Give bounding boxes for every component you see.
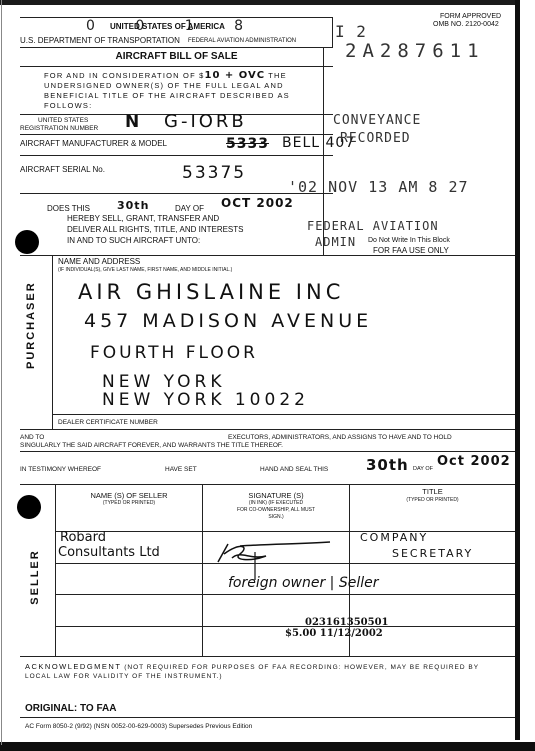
consideration-prefix: FOR AND IN CONSIDERATION OF $ xyxy=(44,71,205,80)
stamp-recorded: RECORDED xyxy=(340,131,411,146)
faa-note-2: FOR FAA USE ONLY xyxy=(373,246,449,255)
seller-row-1-rule xyxy=(55,563,515,564)
does-this-label: DOES THIS xyxy=(47,204,90,213)
form-info: AC Form 8050-2 (9/92) (NSN 0052-00-629-0… xyxy=(25,723,252,730)
seller-row-3-rule xyxy=(55,626,515,627)
sell-line-3: IN AND TO SUCH AIRCRAFT UNTO: xyxy=(67,236,200,245)
seller-name-line-2: Consultants Ltd xyxy=(58,545,160,560)
acknowledgment-block: ACKNOWLEDGMENT (NOT REQUIRED FOR PURPOSE… xyxy=(25,662,505,681)
purchaser-line-2: 457 MADISON AVENUE xyxy=(84,310,372,332)
col-signature-header: SIGNATURE (S) xyxy=(203,491,349,500)
doc-number-top: I 2 xyxy=(335,22,367,41)
faa-note-1: Do Not Write In This Block xyxy=(368,237,450,244)
original-to-faa: ORIGINAL: TO FAA xyxy=(25,703,116,714)
title-rule-top xyxy=(20,47,333,48)
consideration-amount: 10 + OVC xyxy=(205,70,266,81)
name-address-label: NAME AND ADDRESS xyxy=(58,257,140,266)
country-title: UNITED STATES OF AMERICA xyxy=(110,22,225,31)
testimony-month-year: Oct 2002 xyxy=(437,454,511,469)
document-title: AIRCRAFT BILL OF SALE xyxy=(20,51,333,62)
sale-month-year: OCT 2002 xyxy=(221,196,294,210)
have-set-label: HAVE SET xyxy=(165,466,197,473)
department: U.S. DEPARTMENT OF TRANSPORTATION xyxy=(20,36,180,45)
registration-label-2: REGISTRATION NUMBER xyxy=(20,125,98,132)
col-signature-hint-2: FOR CO-OWNERSHIP, ALL MUST xyxy=(203,507,349,513)
col-name-header: NAME (S) OF SELLER xyxy=(56,491,202,500)
omb-number: OMB NO. 2120-0042 xyxy=(433,21,499,28)
dealer-rule-top xyxy=(52,414,515,415)
purchaser-line-3: FOURTH FLOOR xyxy=(90,343,258,363)
testimony-day: 30th xyxy=(366,456,409,474)
col-title-hint: (TYPED OR PRINTED) xyxy=(350,497,515,503)
scan-right-border xyxy=(515,0,520,740)
hand-seal-label: HAND AND SEAL THIS xyxy=(260,466,328,473)
scan-left-edge xyxy=(1,0,2,745)
registration-label-1: UNITED STATES xyxy=(38,117,88,124)
col-title-header: TITLE xyxy=(350,487,515,496)
receipt-amount: $5.00 11/12/2002 xyxy=(285,628,383,639)
seller-title-line-2: SECRETARY xyxy=(392,547,473,560)
footer-rule xyxy=(20,717,515,718)
stamp-agency-1: FEDERAL AVIATION xyxy=(307,219,439,233)
consideration-text: UNDERSIGNED OWNER(S) OF THE FULL LEGAL A… xyxy=(44,81,290,110)
stamp-agency-2: ADMIN xyxy=(315,235,356,249)
sell-line-2: DELIVER ALL RIGHTS, TITLE, AND INTERESTS xyxy=(67,225,244,234)
warranty-line-1: EXECUTORS, ADMINISTRATORS, AND ASSIGNS T… xyxy=(228,434,452,441)
sale-day: 30th xyxy=(117,199,149,212)
form-approved: FORM APPROVED xyxy=(440,13,501,20)
sell-line-1: HEREBY SELL, GRANT, TRANSFER AND xyxy=(67,214,219,223)
seller-title-line-1: COMPANY xyxy=(360,531,428,544)
title-rule-bottom xyxy=(20,66,333,67)
col-name-hint: (TYPED OR PRINTED) xyxy=(56,500,202,506)
sale-rule-bottom xyxy=(20,255,515,256)
testimony-day-of: DAY OF xyxy=(413,466,433,472)
consideration-suffix: THE xyxy=(268,71,287,80)
agency: FEDERAL AVIATION ADMINISTRATION xyxy=(188,38,296,44)
registration-prefix: N xyxy=(125,112,140,132)
manufacturer-label: AIRCRAFT MANUFACTURER & MODEL xyxy=(20,139,167,148)
purchaser-line-1: AIR GHISLAINE INC xyxy=(78,280,344,304)
punch-hole-bottom xyxy=(17,495,41,519)
col-signature-hint-3: SIGN.) xyxy=(203,514,349,520)
doc-number: 2A287611 xyxy=(345,40,485,62)
day-of-label: DAY OF xyxy=(175,204,204,213)
warranty-rule-bottom xyxy=(20,451,515,452)
seller-table-bottom-rule xyxy=(20,656,515,657)
purchaser-left-rule xyxy=(52,255,53,430)
warranty-line-2: SINGULARLY THE SAID AIRCRAFT FOREVER, AN… xyxy=(20,442,283,449)
seller-annotation: foreign owner | Seller xyxy=(228,575,379,591)
stamp-datetime: '02 NOV 13 AM 8 27 xyxy=(288,178,469,196)
seller-label: SELLER xyxy=(29,542,41,612)
stamp-conveyance: CONVEYANCE xyxy=(333,113,421,128)
testimony-rule-bottom xyxy=(20,484,515,485)
purchaser-line-5: NEW YORK 10022 xyxy=(102,390,309,410)
purchaser-line-4: NEW YORK xyxy=(102,372,225,392)
scan-top-edge xyxy=(0,0,535,5)
seller-name-line-1: Robard xyxy=(60,530,106,545)
dealer-cert-label: DEALER CERTIFICATE NUMBER xyxy=(58,419,158,426)
name-address-hint: (IF INDIVIDUAL(S), GIVE LAST NAME, FIRST… xyxy=(58,267,232,273)
punch-hole-top xyxy=(15,230,39,254)
mfr-rule-bottom xyxy=(20,155,333,156)
seller-left-rule xyxy=(55,484,56,656)
serial-value: 53375 xyxy=(182,163,246,183)
registration-value: G-IORB xyxy=(164,111,247,132)
serial-label: AIRCRAFT SERIAL No. xyxy=(20,165,105,174)
purchaser-label: PURCHASER xyxy=(25,299,37,369)
scan-bottom-edge xyxy=(0,742,535,751)
consideration-block: FOR AND IN CONSIDERATION OF $10 + OVC TH… xyxy=(44,71,324,111)
dealer-rule-bottom xyxy=(20,429,515,430)
serial-rule-bottom xyxy=(20,193,333,194)
manufacturer-struck: 5333 xyxy=(226,136,269,152)
col-signature-hint-1: (IN INK) (IF EXECUTED xyxy=(203,500,349,506)
testimony-label: IN TESTIMONY WHEREOF xyxy=(20,466,101,473)
header-divider xyxy=(332,17,333,47)
and-to-label: AND TO xyxy=(20,434,44,441)
acknowledgment-label: ACKNOWLEDGMENT xyxy=(25,662,121,671)
seller-row-2-rule xyxy=(55,594,515,595)
